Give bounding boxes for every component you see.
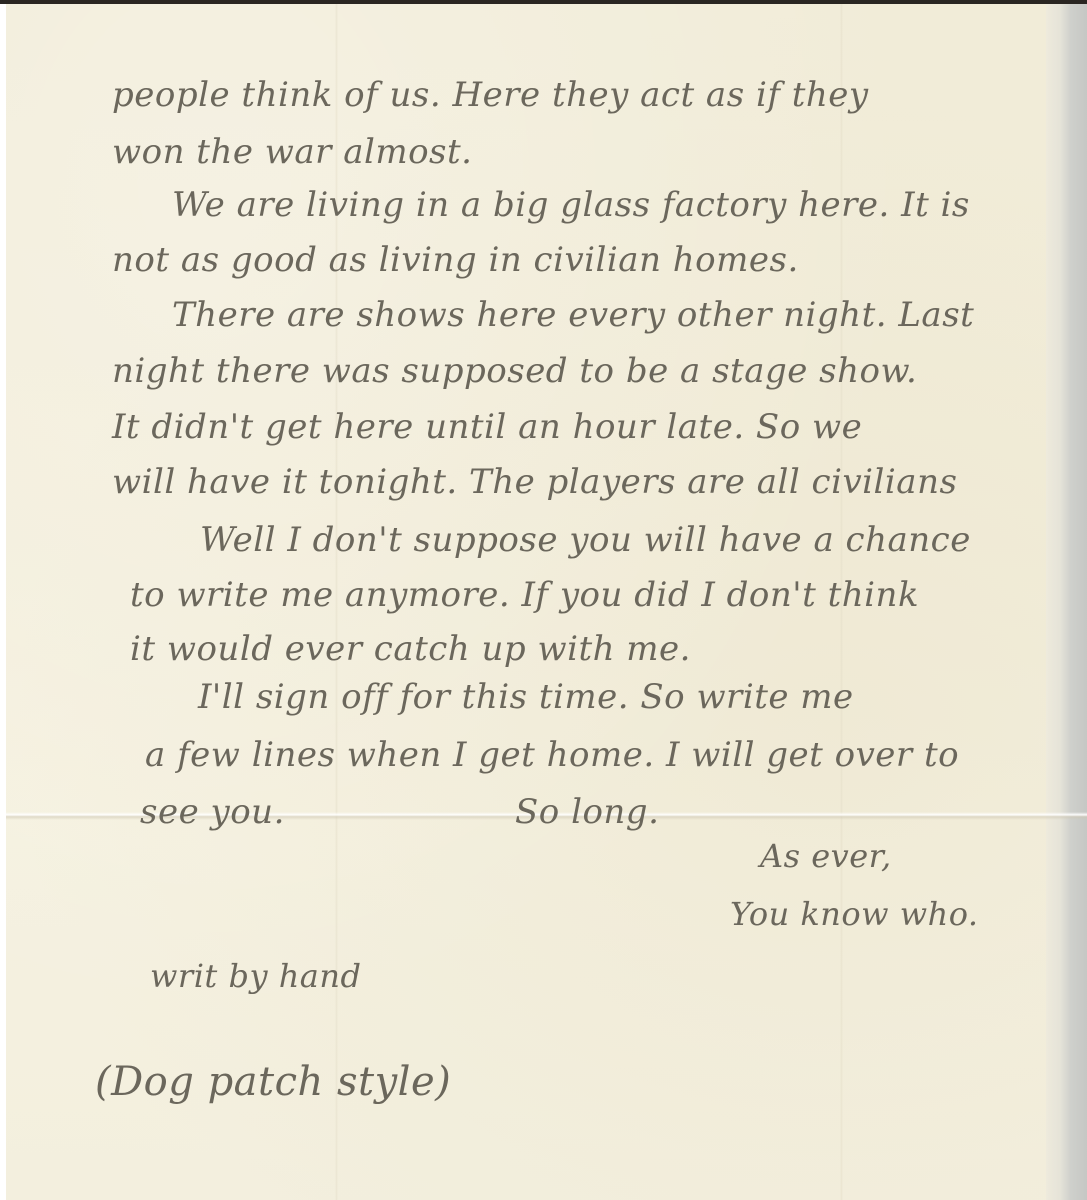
letter-line: not as good as living in civilian homes.: [112, 243, 799, 277]
postscript-line: (Dog patch style): [95, 1062, 451, 1102]
letter-line: to write me anymore. If you did I don't …: [130, 578, 919, 612]
postscript-line: writ by hand: [150, 960, 361, 992]
letter-line: I'll sign off for this time. So write me: [198, 680, 854, 714]
letter-line: There are shows here every other night. …: [172, 298, 974, 332]
scanned-letter-page: people think of us. Here they act as if …: [0, 0, 1087, 1200]
letter-line: see you.: [140, 795, 285, 829]
letter-line: it would ever catch up with me.: [130, 632, 691, 666]
letter-line: It didn't get here until an hour late. S…: [112, 410, 862, 444]
letter-line: night there was supposed to be a stage s…: [112, 354, 917, 388]
scan-right-edge: [1046, 4, 1087, 1200]
letter-line: We are living in a big glass factory her…: [172, 188, 970, 222]
letter-line: a few lines when I get home. I will get …: [145, 738, 959, 772]
signature-text: You know who.: [730, 898, 979, 930]
letter-line: people think of us. Here they act as if …: [112, 78, 869, 112]
letter-line: Well I don't suppose you will have a cha…: [200, 523, 971, 557]
farewell-text: So long.: [515, 795, 659, 829]
letter-line: will have it tonight. The players are al…: [112, 465, 957, 499]
closing-text: As ever,: [760, 840, 892, 872]
letter-line: won the war almost.: [112, 135, 472, 169]
